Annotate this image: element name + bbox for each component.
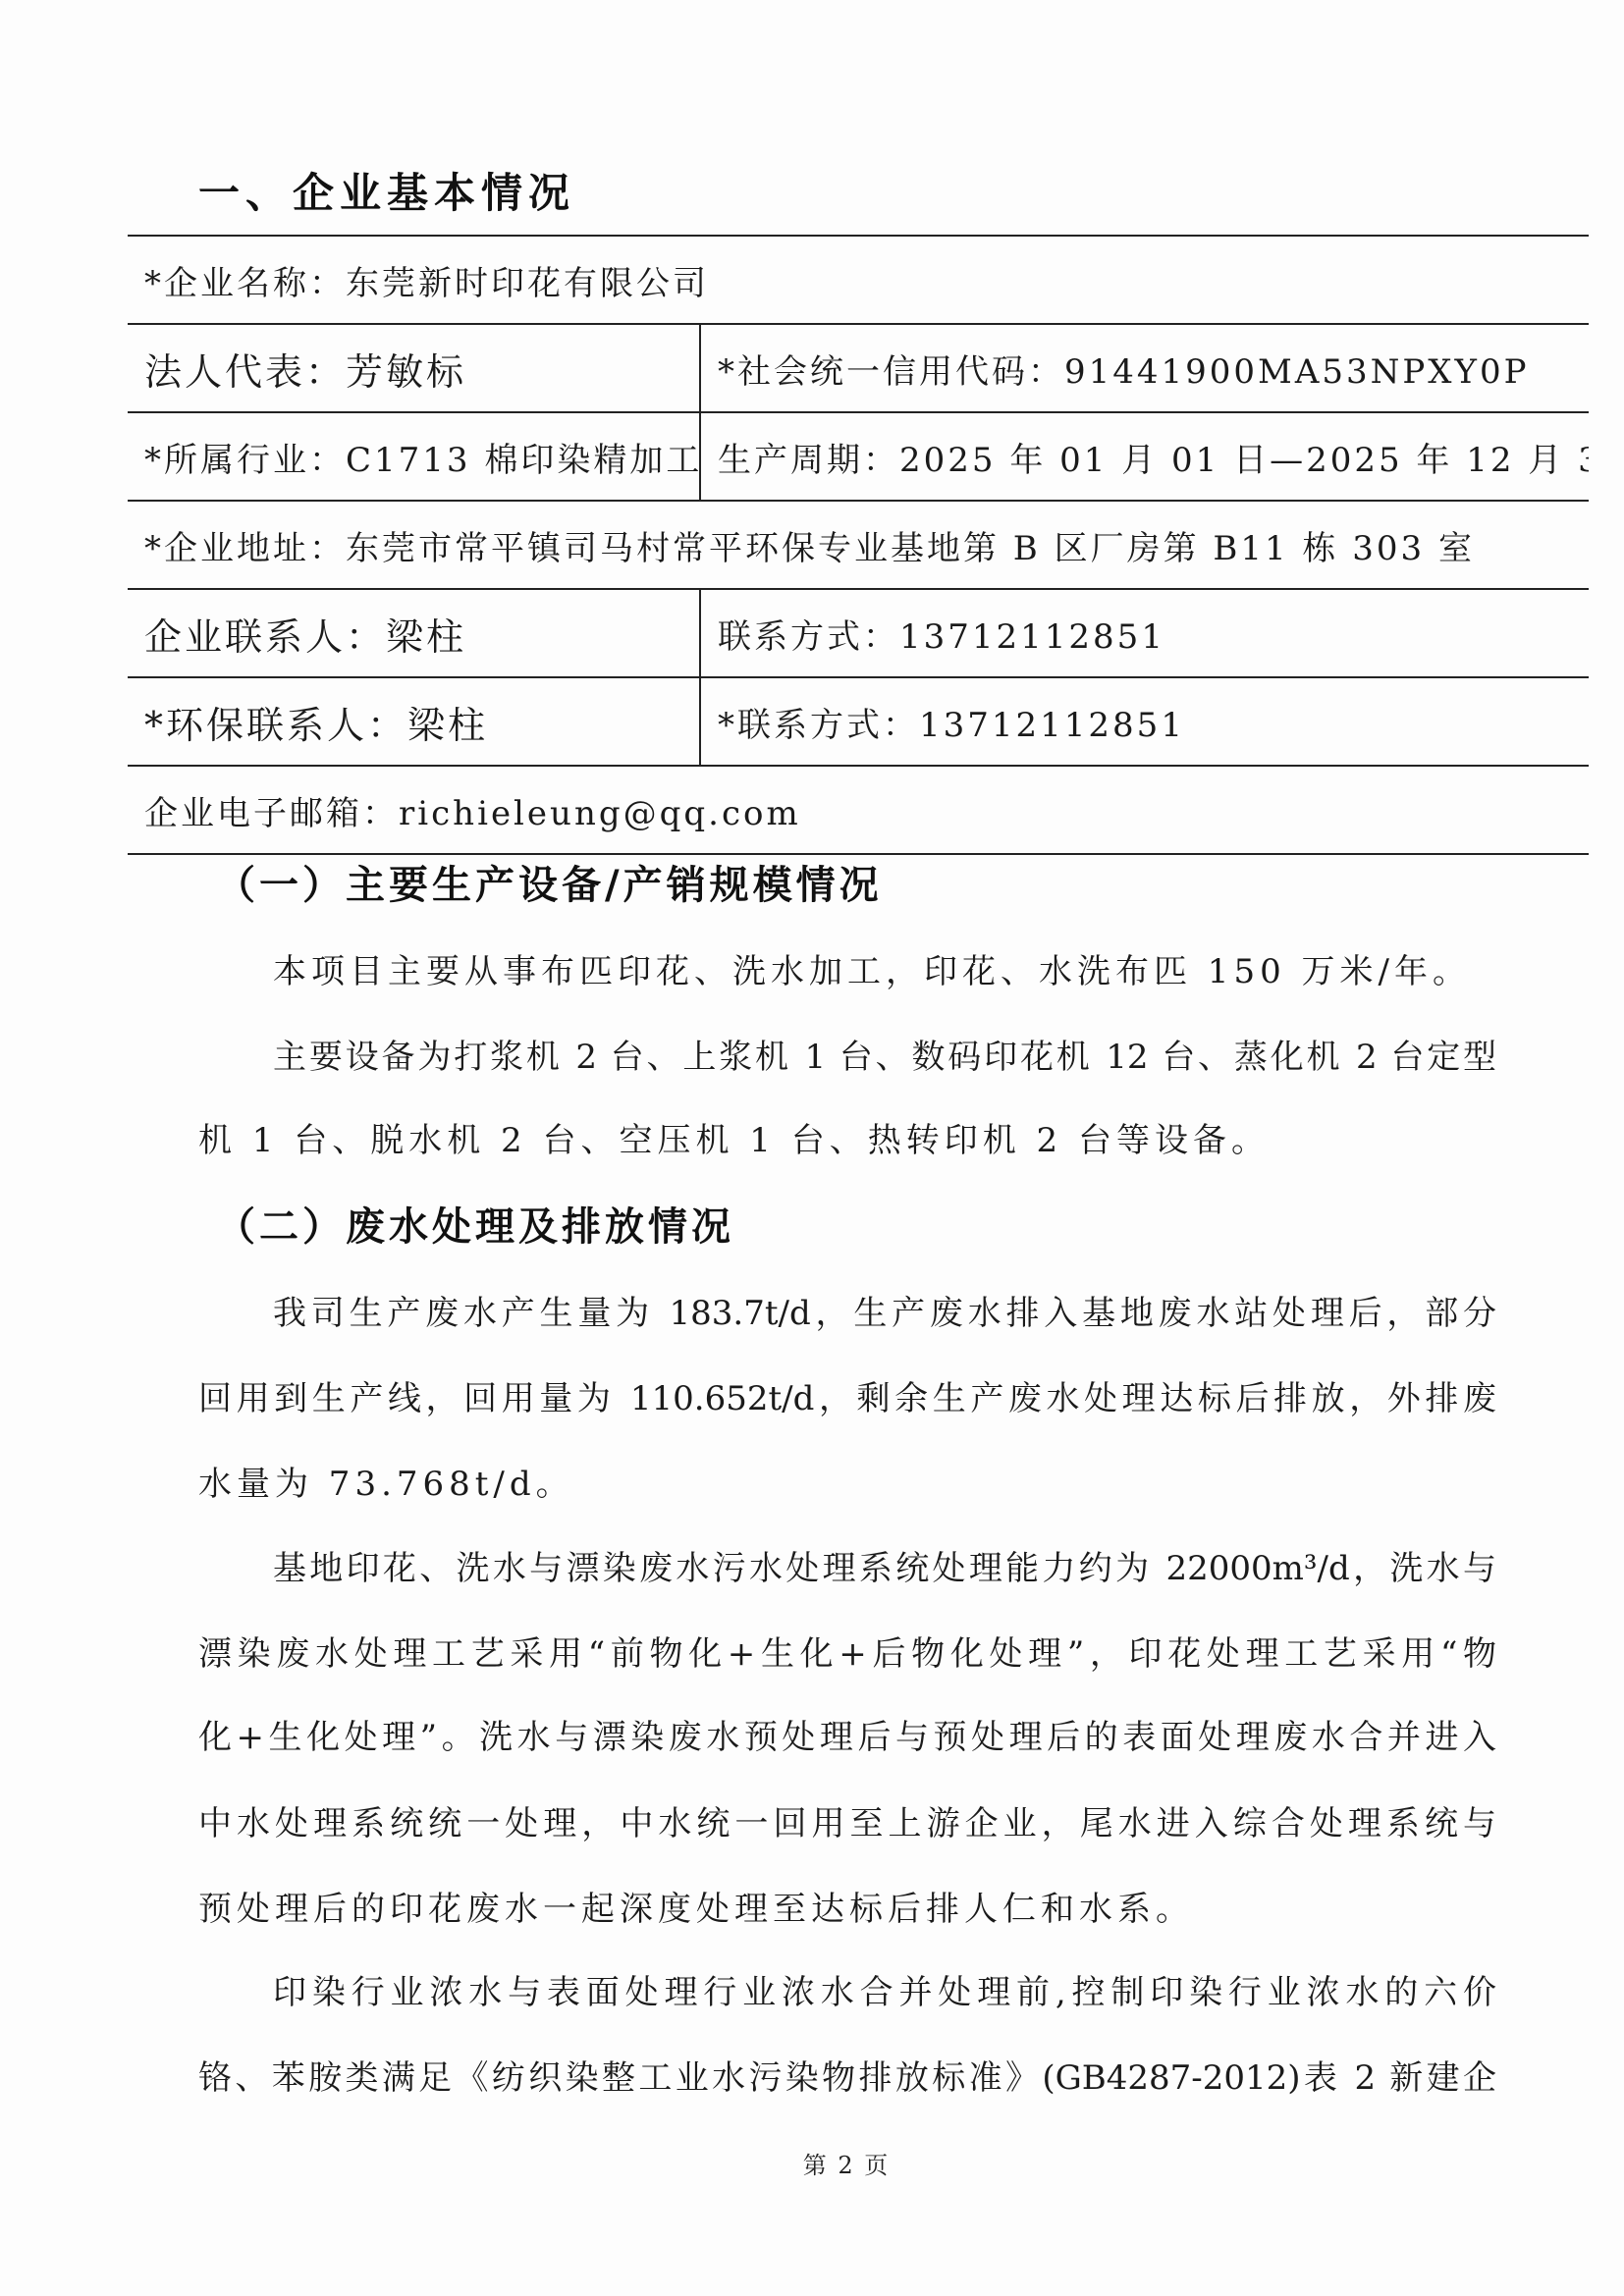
company-info-table: *企业名称：东莞新时印花有限公司 法人代表：芳敏标 *社会统一信用代码：9144… [128, 235, 1589, 855]
paragraph-line: 化+生化处理”。洗水与漂染废水预处理后与预处理后的表面处理废水合并进入 [198, 1713, 1496, 1762]
paragraph-line: 基地印花、洗水与漂染废水污水处理系统处理能力约为 22000m³/d，洗水与 [273, 1544, 1496, 1593]
paragraph-line: 预处理后的印花废水一起深度处理至达标后排人仁和水系。 [198, 1885, 1496, 1934]
credit-code-cell: *社会统一信用代码：91441900MA53NPXY0P [701, 325, 1589, 411]
table-row-company-contact: 企业联系人：梁柱 联系方式：13712112851 [128, 588, 1589, 676]
subsection-1-title: （一）主要生产设备/产销规模情况 [216, 861, 883, 910]
table-row-email: 企业电子邮箱：richieleung@qq.com [128, 765, 1589, 855]
page-number: 第 2 页 [803, 2152, 891, 2179]
paragraph-line: 机 1 台、脱水机 2 台、空压机 1 台、热转印机 2 台等设备。 [198, 1116, 1496, 1165]
paragraph-line: 中水处理系统统一处理，中水统一回用至上游企业，尾水进入综合处理系统与 [198, 1799, 1496, 1848]
address-cell: *企业地址：东莞市常平镇司马村常平环保专业基地第 B 区厂房第 B11 栋 30… [128, 502, 1589, 588]
subsection-2-title: （二）废水处理及排放情况 [216, 1202, 734, 1252]
email-cell: 企业电子邮箱：richieleung@qq.com [128, 767, 1589, 853]
table-row-address: *企业地址：东莞市常平镇司马村常平环保专业基地第 B 区厂房第 B11 栋 30… [128, 500, 1589, 588]
industry-cell: *所属行业：C1713 棉印染精加工 [128, 413, 701, 500]
section-title: 一、企业基本情况 [198, 169, 575, 218]
table-row-company-name: *企业名称：东莞新时印花有限公司 [128, 235, 1589, 323]
company-name-cell: *企业名称：东莞新时印花有限公司 [128, 237, 1589, 323]
company-contact-phone-cell: 联系方式：13712112851 [701, 590, 1589, 676]
legal-rep-cell: 法人代表：芳敏标 [128, 325, 701, 411]
paragraph-line: 印染行业浓水与表面处理行业浓水合并处理前,控制印染行业浓水的六价 [273, 1968, 1496, 2017]
production-period-cell: 生产周期：2025 年 01 月 01 日—2025 年 12 月 31 日 [701, 413, 1589, 500]
env-contact-cell: *环保联系人：梁柱 [128, 678, 701, 765]
table-row-industry-period: *所属行业：C1713 棉印染精加工 生产周期：2025 年 01 月 01 日… [128, 411, 1589, 500]
company-contact-cell: 企业联系人：梁柱 [128, 590, 701, 676]
paragraph-line: 漂染废水处理工艺采用“前物化+生化+后物化处理”，印花处理工艺采用“物 [198, 1629, 1496, 1679]
paragraph-line: 本项目主要从事布匹印花、洗水加工，印花、水洗布匹 150 万米/年。 [273, 947, 1496, 996]
document-page: 一、企业基本情况 *企业名称：东莞新时印花有限公司 法人代表：芳敏标 *社会统一… [0, 0, 1624, 2296]
table-row-legal-credit: 法人代表：芳敏标 *社会统一信用代码：91441900MA53NPXY0P [128, 323, 1589, 411]
paragraph-line: 铬、苯胺类满足《纺织染整工业水污染物排放标准》(GB4287-2012)表 2 … [198, 2054, 1496, 2103]
paragraph-line: 回用到生产线，回用量为 110.652t/d，剩余生产废水处理达标后排放，外排废 [198, 1374, 1496, 1423]
page-footer: 第 2 页 [0, 2146, 1624, 2180]
paragraph-line: 主要设备为打浆机 2 台、上浆机 1 台、数码印花机 12 台、蒸化机 2 台定… [273, 1033, 1496, 1082]
table-row-env-contact: *环保联系人：梁柱 *联系方式：13712112851 [128, 676, 1589, 765]
env-contact-phone-cell: *联系方式：13712112851 [701, 678, 1589, 765]
paragraph-line: 我司生产废水产生量为 183.7t/d，生产废水排入基地废水站处理后，部分 [273, 1289, 1496, 1338]
paragraph-line: 水量为 73.768t/d。 [198, 1460, 1496, 1509]
